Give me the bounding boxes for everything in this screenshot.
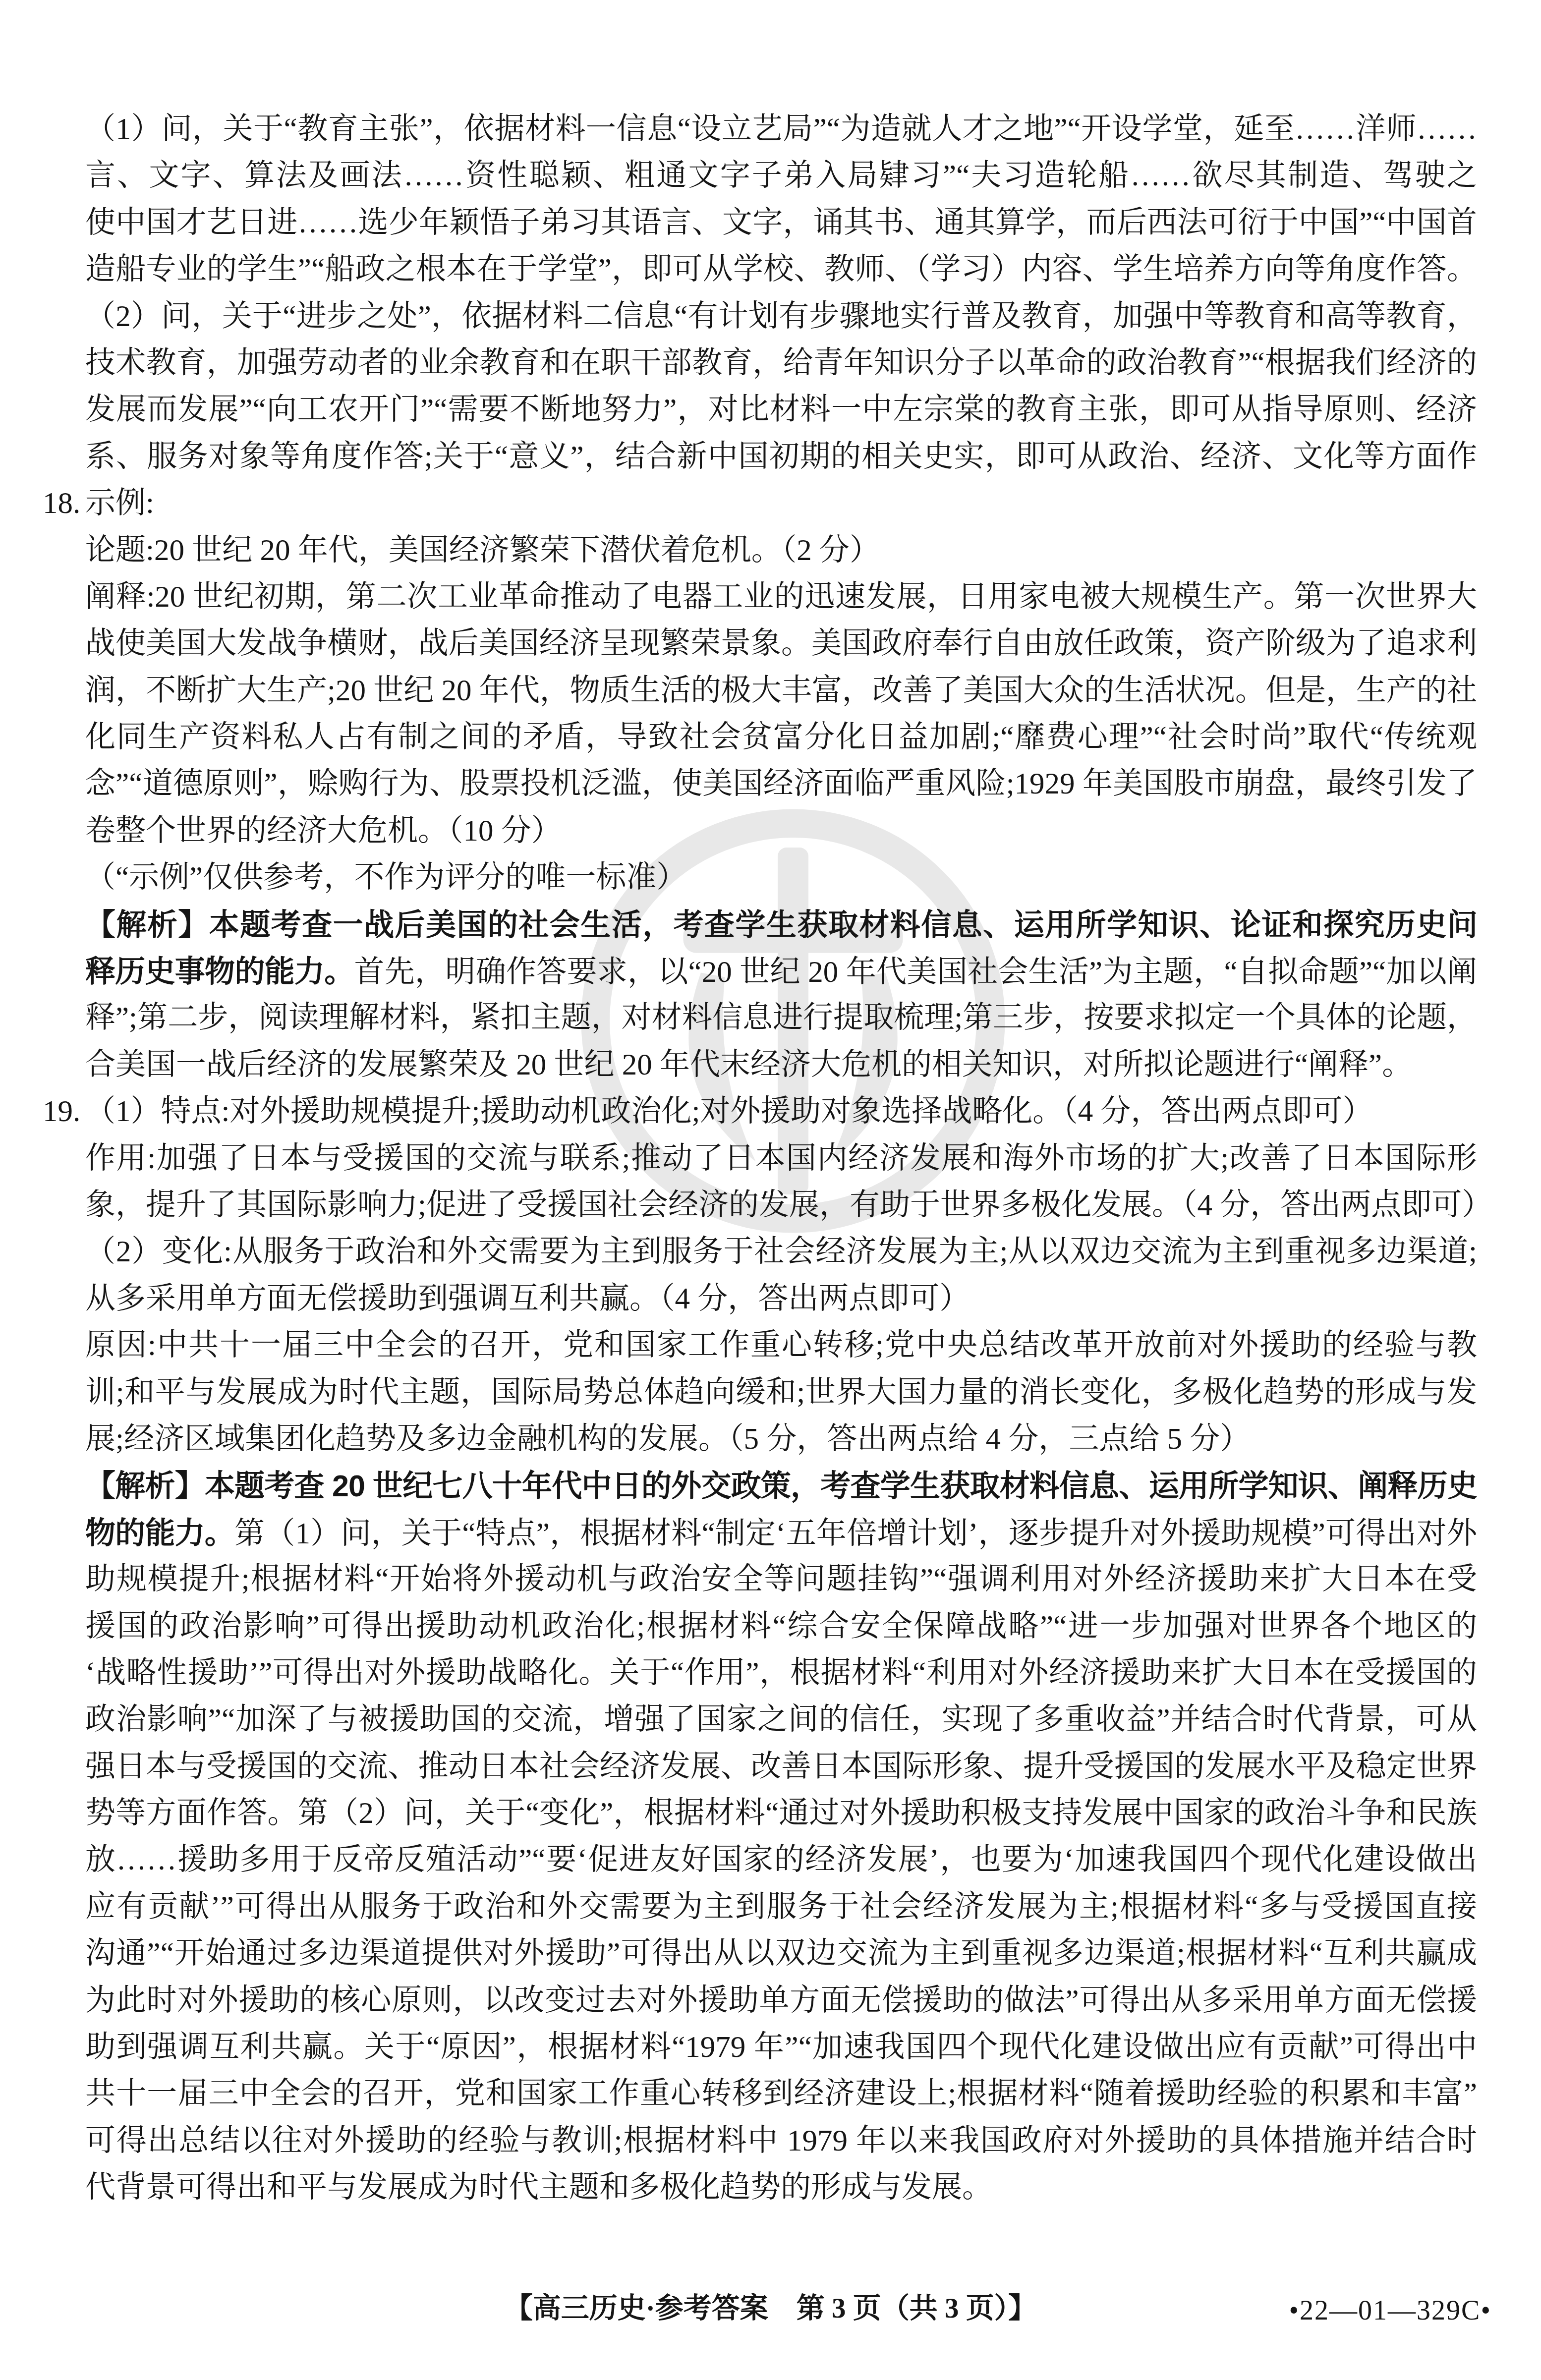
line-text: 言、文字、算法及画法……资性聪颖、粗通文字子弟入局肄习”“夫习造轮船……欲尽其制…	[85, 159, 1477, 199]
text-line: 卷整个世界的经济大危机。（10 分）	[0, 808, 1541, 854]
line-text: 论题:20 世纪 20 年代，美国经济繁荣下潜伏着危机。（2 分）	[85, 534, 880, 567]
text-line: （“示例”仅供参考，不作为评分的唯一标准）	[0, 854, 1541, 901]
line-text: 从多采用单方面无偿援助到强调互利共赢。（4 分，答出两点即可）	[85, 1282, 970, 1315]
text-line: 放……援助多用于反帝反殖活动”“要‘促进友好国家的经济发展’，也要为‘加速我国四…	[0, 1837, 1541, 1883]
text-line: 共十一届三中全会的召开，党和国家工作重心转移到经济建设上;根据材料“随着援助经验…	[0, 2071, 1541, 2117]
text-line: 物的能力。第（1）问，关于“特点”，根据材料“制定‘五年倍增计划’，逐步提升对外…	[0, 1510, 1541, 1556]
line-text: 化同生产资料私人占有制之间的矛盾，导致社会贫富分化日益加剧;“靡费心理”“社会时…	[85, 721, 1477, 754]
line-text: （1）特点:对外援助规模提升;援助动机政治化;对外援助对象选择战略化。（4 分，…	[85, 1095, 1373, 1128]
text-line: 原因:中共十一届三中全会的召开，党和国家工作重心转移;党中央总结改革开放前对外援…	[0, 1322, 1541, 1369]
line-text: 念”“道德原则”，赊购行为、股票投机泛滥，使美国经济面临严重风险;1929 年美…	[85, 767, 1477, 807]
line-text: 援国的政治影响”可得出援助动机政治化;根据材料“综合安全保障战略”“进一步加强对…	[85, 1610, 1477, 1643]
text-line: 训;和平与发展成为时代主题，国际局势总体趋向缓和;世界大国力量的消长变化，多极化…	[0, 1369, 1541, 1416]
line-text: 象，提升了其国际影响力;促进了受援国社会经济的发展，有助于世界多极化发展。（4 …	[85, 1189, 1492, 1222]
text-line: 【解析】本题考查 20 世纪七八十年代中日的外交政策，考查学生获取材料信息、运用…	[0, 1463, 1541, 1509]
line-text: 造船专业的学生”“船政之根本在于学堂”，即可从学校、教师、（学习）内容、学生培养…	[85, 253, 1477, 293]
line-text: 释”;第二步，阅读理解材料，紧扣主题，对材料信息进行提取梳理;第三步，按要求拟定…	[85, 1001, 1477, 1041]
text-line: 【解析】本题考查一战后美国的社会生活，考查学生获取材料信息、运用所学知识、论证和…	[0, 902, 1541, 948]
line-text: 阐释:20 世纪初期，第二次工业革命推动了电器工业的迅速发展，日用家电被大规模生…	[85, 580, 1477, 614]
item-number: 19.	[43, 1088, 80, 1135]
line-text: 第（1）问，关于“特点”，根据材料“制定‘五年倍增计划’，逐步提升对外援助规模”…	[85, 1517, 1477, 1556]
line-text: 助规模提升;根据材料“开始将外援动机与政治安全等问题挂钩”“强调利用对外经济援助…	[85, 1563, 1477, 1596]
line-text: 润，不断扩大生产;20 世纪 20 年代，物质生活的极大丰富，改善了美国大众的生…	[85, 674, 1477, 714]
text-line: 阐释:20 世纪初期，第二次工业革命推动了电器工业的迅速发展，日用家电被大规模生…	[0, 574, 1541, 621]
line-text: ‘战略性援助’”可得出对外援助战略化。关于“作用”，根据材料“利用对外经济援助来…	[85, 1656, 1477, 1690]
item-number: 18.	[43, 480, 80, 527]
line-text: 战使美国大发战争横财，战后美国经济呈现繁荣景象。美国政府奉行自由放任政策，资产阶…	[85, 627, 1477, 660]
line-text: 代背景可得出和平与发展成为时代主题和多极化趋势的形成与发展。	[85, 2171, 992, 2204]
line-text: （2）变化:从服务于政治和外交需要为主到服务于社会经济发展为主;从以双边交流为主…	[85, 1235, 1477, 1268]
text-line: 使中国才艺日进……选少年颖悟子弟习其语言、文字，诵其书、通其算学，而后西法可衍于…	[0, 200, 1541, 246]
line-text: 示例:	[85, 487, 154, 520]
text-line: 释历史事物的能力。首先，明确作答要求，以“20 世纪 20 年代美国社会生活”为…	[0, 948, 1541, 995]
text-line: 润，不断扩大生产;20 世纪 20 年代，物质生活的极大丰富，改善了美国大众的生…	[0, 668, 1541, 714]
bold-prefix: 物的能力。	[85, 1516, 234, 1550]
line-text: 放……援助多用于反帝反殖活动”“要‘促进友好国家的经济发展’，也要为‘加速我国四…	[85, 1843, 1477, 1876]
line-text: 技术教育，加强劳动者的业余教育和在职干部教育，给青年知识分子以革命的政治教育”“…	[85, 346, 1477, 380]
line-text: （“示例”仅供参考，不作为评分的唯一标准）	[85, 861, 686, 894]
text-line: 作用:加强了日本与受援国的交流与联系;推动了日本国内经济发展和海外市场的扩大;改…	[0, 1135, 1541, 1182]
line-text: 应有贡献’”可得出从服务于政治和外交需要为主到服务于社会经济发展为主;根据材料“…	[85, 1890, 1477, 1924]
answer-text-block: （1）问，关于“教育主张”，依据材料一信息“设立艺局”“为造就人才之地”“开设学…	[0, 106, 1541, 2211]
text-line: 沟通”“开始通过多边渠道提供对外援助”可得出从以双边交流为主到重视多边渠道;根据…	[0, 1930, 1541, 1977]
line-text: 首先，明确作答要求，以“20 世纪 20 年代美国社会生活”为主题，“自拟命题”…	[354, 956, 1477, 989]
bold-prefix: 释历史事物的能力。	[85, 955, 354, 988]
text-line: 代背景可得出和平与发展成为时代主题和多极化趋势的形成与发展。	[0, 2164, 1541, 2211]
line-text: （2）问，关于“进步之处”，依据材料二信息“有计划有步骤地实行普及教育，加强中等…	[85, 300, 1477, 340]
line-text: 势等方面作答。第（2）问，关于“变化”，根据材料“通过对外援助积极支持发展中国家…	[85, 1797, 1477, 1837]
text-line: 化同生产资料私人占有制之间的矛盾，导致社会贫富分化日益加剧;“靡费心理”“社会时…	[0, 714, 1541, 761]
text-line: 造船专业的学生”“船政之根本在于学堂”，即可从学校、教师、（学习）内容、学生培养…	[0, 246, 1541, 293]
text-line: 言、文字、算法及画法……资性聪颖、粗通文字子弟入局肄习”“夫习造轮船……欲尽其制…	[0, 153, 1541, 199]
text-line: 为此时对外援助的核心原则，以改变过去对外援助单方面无偿援助的做法”可得出从多采用…	[0, 1978, 1541, 2024]
line-text: 系、服务对象等角度作答;关于“意义”，结合新中国初期的相关史实，即可从政治、经济…	[85, 440, 1477, 480]
text-line: 技术教育，加强劳动者的业余教育和在职干部教育，给青年知识分子以革命的政治教育”“…	[0, 340, 1541, 387]
footer-paper-code: •22—01—329C•	[1289, 2291, 1491, 2330]
text-line: 论题:20 世纪 20 年代，美国经济繁荣下潜伏着危机。（2 分）	[0, 527, 1541, 574]
text-line: 应有贡献’”可得出从服务于政治和外交需要为主到服务于社会经济发展为主;根据材料“…	[0, 1884, 1541, 1930]
text-line: 展;经济区域集团化趋势及多边金融机构的发展。（5 分，答出两点给 4 分，三点给…	[0, 1416, 1541, 1463]
line-text: 沟通”“开始通过多边渠道提供对外援助”可得出从以双边交流为主到重视多边渠道;根据…	[85, 1937, 1477, 1970]
line-text: 政治影响”“加深了与被援助国的交流，增强了国家之间的信任，实现了多重收益”并结合…	[85, 1703, 1477, 1743]
text-line: 发展而发展”“向工农开门”“需要不断地努力”，对比材料一中左宗棠的教育主张，即可…	[0, 387, 1541, 433]
line-text: 强日本与受援国的交流、推动日本社会经济发展、改善日本国际形象、提升受援国的发展水…	[85, 1750, 1477, 1790]
line-text: 原因:中共十一届三中全会的召开，党和国家工作重心转移;党中央总结改革开放前对外援…	[85, 1329, 1477, 1362]
line-text: 为此时对外援助的核心原则，以改变过去对外援助单方面无偿援助的做法”可得出从多采用…	[85, 1984, 1477, 2017]
line-text: 作用:加强了日本与受援国的交流与联系;推动了日本国内经济发展和海外市场的扩大;改…	[85, 1142, 1477, 1175]
line-text: 训;和平与发展成为时代主题，国际局势总体趋向缓和;世界大国力量的消长变化，多极化…	[85, 1376, 1477, 1409]
line-text: 可得出总结以往对外援助的经验与教训;根据材料中 1979 年以来我国政府对外援助…	[85, 2124, 1477, 2157]
line-text: 共十一届三中全会的召开，党和国家工作重心转移到经济建设上;根据材料“随着援助经验…	[85, 2077, 1477, 2110]
text-line: 战使美国大发战争横财，战后美国经济呈现繁荣景象。美国政府奉行自由放任政策，资产阶…	[0, 621, 1541, 667]
text-line: 政治影响”“加深了与被援助国的交流，增强了国家之间的信任，实现了多重收益”并结合…	[0, 1697, 1541, 1743]
text-line: 18.示例:	[0, 480, 1541, 527]
text-line: （1）问，关于“教育主张”，依据材料一信息“设立艺局”“为造就人才之地”“开设学…	[0, 106, 1541, 153]
text-line: 合美国一战后经济的发展繁荣及 20 世纪 20 年代末经济大危机的相关知识，对所…	[0, 1042, 1541, 1088]
line-text: 展;经济区域集团化趋势及多边金融机构的发展。（5 分，答出两点给 4 分，三点给…	[85, 1422, 1250, 1456]
text-line: 释”;第二步，阅读理解材料，紧扣主题，对材料信息进行提取梳理;第三步，按要求拟定…	[0, 995, 1541, 1041]
text-line: 象，提升了其国际影响力;促进了受援国社会经济的发展，有助于世界多极化发展。（4 …	[0, 1182, 1541, 1229]
text-line: 助规模提升;根据材料“开始将外援动机与政治安全等问题挂钩”“强调利用对外经济援助…	[0, 1556, 1541, 1603]
text-line: 19.（1）特点:对外援助规模提升;援助动机政治化;对外援助对象选择战略化。（4…	[0, 1088, 1541, 1135]
exam-answer-page: （1）问，关于“教育主张”，依据材料一信息“设立艺局”“为造就人才之地”“开设学…	[0, 0, 1541, 2380]
line-text: 助到强调互利共赢。关于“原因”，根据材料“1979 年”“加速我国四个现代化建设…	[85, 2031, 1477, 2064]
line-text: 卷整个世界的经济大危机。（10 分）	[85, 814, 562, 848]
text-line: 助到强调互利共赢。关于“原因”，根据材料“1979 年”“加速我国四个现代化建设…	[0, 2024, 1541, 2071]
line-text: （1）问，关于“教育主张”，依据材料一信息“设立艺局”“为造就人才之地”“开设学…	[85, 113, 1477, 153]
line-text: 【解析】本题考查一战后美国的社会生活，考查学生获取材料信息、运用所学知识、论证和…	[85, 908, 1477, 948]
text-line: 系、服务对象等角度作答;关于“意义”，结合新中国初期的相关史实，即可从政治、经济…	[0, 434, 1541, 480]
text-line: ‘战略性援助’”可得出对外援助战略化。关于“作用”，根据材料“利用对外经济援助来…	[0, 1650, 1541, 1697]
line-text: 使中国才艺日进……选少年颖悟子弟习其语言、文字，诵其书、通其算学，而后西法可衍于…	[85, 206, 1477, 246]
text-line: 从多采用单方面无偿援助到强调互利共赢。（4 分，答出两点即可）	[0, 1276, 1541, 1322]
text-line: 念”“道德原则”，赊购行为、股票投机泛滥，使美国经济面临严重风险;1929 年美…	[0, 761, 1541, 807]
text-line: （2）问，关于“进步之处”，依据材料二信息“有计划有步骤地实行普及教育，加强中等…	[0, 293, 1541, 340]
text-line: 可得出总结以往对外援助的经验与教训;根据材料中 1979 年以来我国政府对外援助…	[0, 2118, 1541, 2164]
text-line: 援国的政治影响”可得出援助动机政治化;根据材料“综合安全保障战略”“进一步加强对…	[0, 1603, 1541, 1650]
line-text: 【解析】本题考查 20 世纪七八十年代中日的外交政策，考查学生获取材料信息、运用…	[85, 1469, 1477, 1509]
text-line: （2）变化:从服务于政治和外交需要为主到服务于社会经济发展为主;从以双边交流为主…	[0, 1229, 1541, 1275]
line-text: 合美国一战后经济的发展繁荣及 20 世纪 20 年代末经济大危机的相关知识，对所…	[85, 1048, 1412, 1081]
text-line: 强日本与受援国的交流、推动日本社会经济发展、改善日本国际形象、提升受援国的发展水…	[0, 1744, 1541, 1790]
line-text: 发展而发展”“向工农开门”“需要不断地努力”，对比材料一中左宗棠的教育主张，即可…	[85, 393, 1477, 433]
text-line: 势等方面作答。第（2）问，关于“变化”，根据材料“通过对外援助积极支持发展中国家…	[0, 1790, 1541, 1837]
